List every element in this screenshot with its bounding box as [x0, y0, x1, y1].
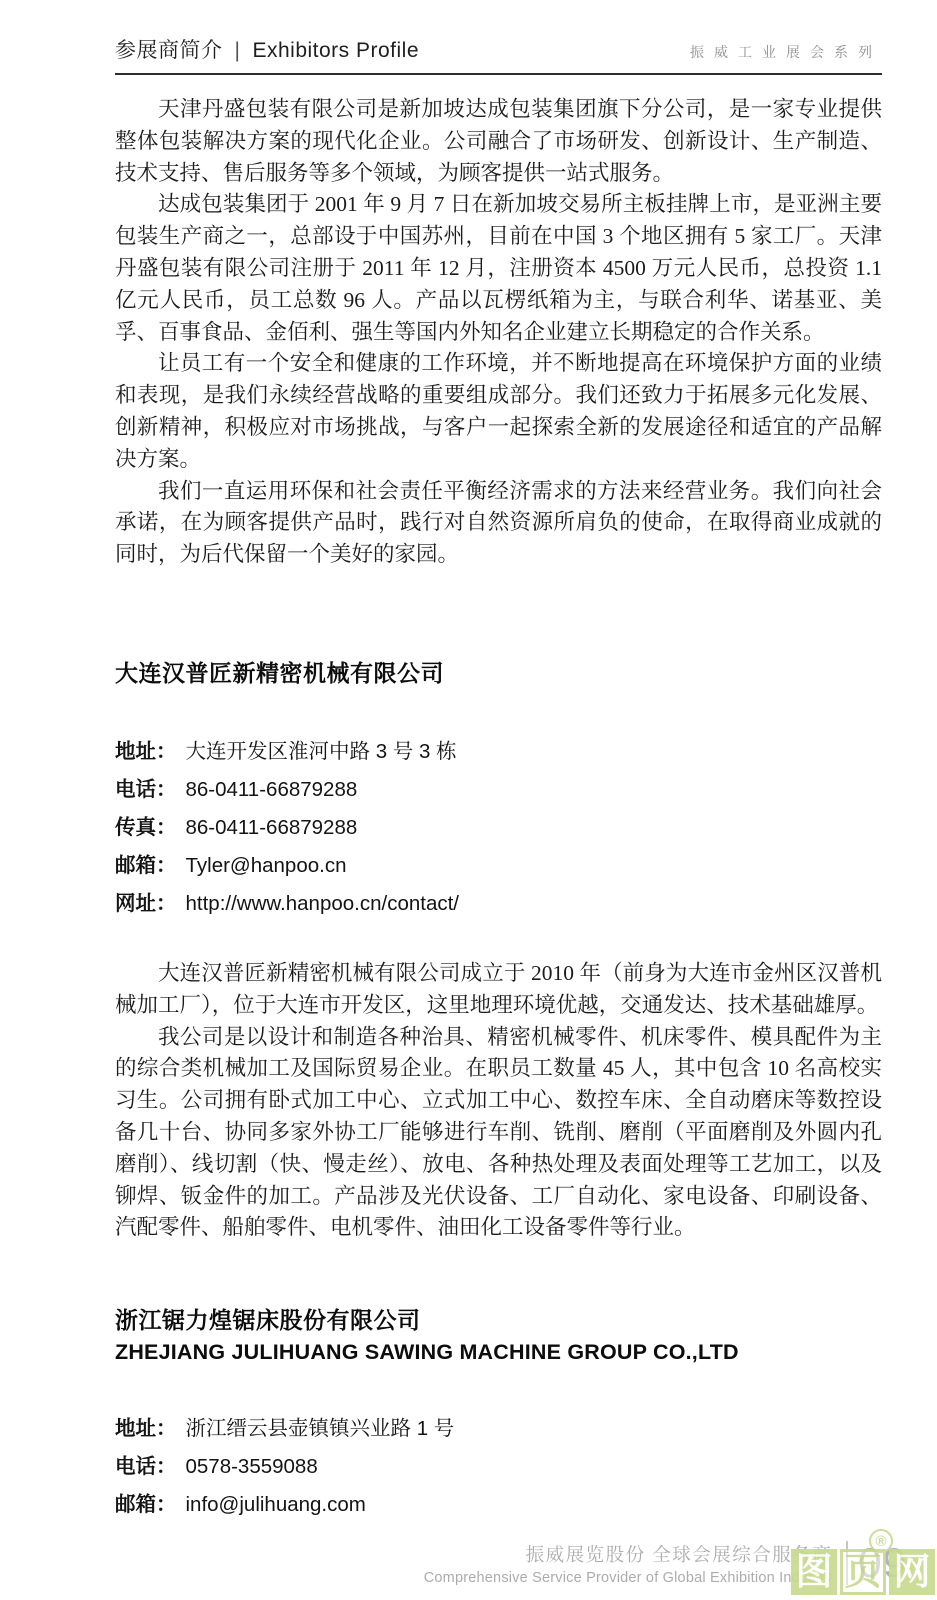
contact-value: Tyler@hanpoo.cn [186, 854, 347, 877]
header-title-en: Exhibitors Profile [252, 39, 419, 62]
watermark-logo: ® 图 页 网 [791, 1549, 935, 1595]
contact-value: 86-0411-66879288 [186, 778, 358, 801]
company-name: 大连汉普匠新精密机械有限公司 [115, 655, 882, 688]
contact-label: 地址： [115, 740, 177, 763]
contact-label: 电话： [115, 778, 177, 801]
footer-slogan-zh: 振威展览股份 全球会展综合服务商 [424, 1541, 833, 1567]
contact-row-fax: 传真：86-0411-66879288 [115, 809, 882, 847]
intro-paragraph: 我们一直运用环保和社会责任平衡经济需求的方法来经营业务。我们向社会承诺，在为顾客… [115, 476, 882, 571]
contact-value: 浙江缙云县壶镇镇兴业路 1 号 [186, 1417, 455, 1440]
contact-row-address: 地址：大连开发区淮河中路 3 号 3 栋 [115, 733, 882, 771]
contact-value: 86-0411-66879288 [186, 816, 358, 839]
page-header: 参展商简介|Exhibitors Profile 振威工业展会系列 [115, 0, 882, 75]
contact-row-address: 地址：浙江缙云县壶镇镇兴业路 1 号 [115, 1410, 882, 1448]
contact-label: 传真： [115, 816, 177, 839]
contact-label: 邮箱： [115, 854, 177, 877]
contact-label: 地址： [115, 1417, 177, 1440]
contact-list: 地址：大连开发区淮河中路 3 号 3 栋 电话：86-0411-66879288… [115, 733, 882, 923]
contact-value: 0578-3559088 [186, 1455, 318, 1478]
contact-value: 大连开发区淮河中路 3 号 3 栋 [186, 740, 457, 763]
intro-paragraph: 达成包装集团于 2001 年 9 月 7 日在新加坡交易所主板挂牌上市，是亚洲主… [115, 189, 882, 348]
company-paragraph: 大连汉普匠新精密机械有限公司成立于 2010 年（前身为大连市金州区汉普机械加工… [115, 958, 882, 1022]
contact-label: 邮箱： [115, 1493, 177, 1516]
header-title-zh: 参展商简介 [115, 39, 223, 62]
footer-slogan: 振威展览股份 全球会展综合服务商 Comprehensive Service P… [424, 1541, 833, 1586]
contact-list: 地址：浙江缙云县壶镇镇兴业路 1 号 电话：0578-3559088 邮箱：in… [115, 1410, 882, 1524]
watermark-char-block: 图 [791, 1549, 837, 1595]
intro-paragraph: 让员工有一个安全和健康的工作环境，并不断地提高在环境保护方面的业绩和表现，是我们… [115, 348, 882, 475]
company-section-julihuang: 浙江锯力煌锯床股份有限公司 ZHEJIANG JULIHUANG SAWING … [115, 1302, 882, 1524]
company-name: 浙江锯力煌锯床股份有限公司 [115, 1302, 882, 1335]
intro-paragraph: 天津丹盛包装有限公司是新加坡达成包装集团旗下分公司，是一家专业提供整体包装解决方… [115, 94, 882, 189]
header-title-divider: | [235, 39, 241, 62]
footer-slogan-en: Comprehensive Service Provider of Global… [424, 1570, 833, 1586]
header-title: 参展商简介|Exhibitors Profile [115, 34, 419, 64]
watermark-char-block: 页 [840, 1549, 886, 1595]
intro-section: 天津丹盛包装有限公司是新加坡达成包装集团旗下分公司，是一家专业提供整体包装解决方… [115, 94, 882, 571]
contact-value: info@julihuang.com [186, 1493, 366, 1516]
contact-row-phone: 电话：86-0411-66879288 [115, 771, 882, 809]
company-paragraph: 我公司是以设计和制造各种治具、精密机械零件、机床零件、模具配件为主的综合类机械加… [115, 1022, 882, 1245]
contact-row-email: 邮箱：Tyler@hanpoo.cn [115, 847, 882, 885]
contact-label: 电话： [115, 1455, 177, 1478]
contact-row-phone: 电话：0578-3559088 [115, 1448, 882, 1486]
contact-row-website: 网址：http://www.hanpoo.cn/contact/ [115, 885, 882, 923]
company-section-dalian-hanpoo: 大连汉普匠新精密机械有限公司 地址：大连开发区淮河中路 3 号 3 栋 电话：8… [115, 655, 882, 1244]
registered-trademark-icon: ® [869, 1529, 893, 1553]
contact-label: 网址： [115, 892, 177, 915]
document-page: 参展商简介|Exhibitors Profile 振威工业展会系列 天津丹盛包装… [0, 0, 937, 1600]
contact-value: http://www.hanpoo.cn/contact/ [186, 892, 460, 915]
company-description: 大连汉普匠新精密机械有限公司成立于 2010 年（前身为大连市金州区汉普机械加工… [115, 958, 882, 1244]
watermark-char-block: 网 [889, 1549, 935, 1595]
page-content: 天津丹盛包装有限公司是新加坡达成包装集团旗下分公司，是一家专业提供整体包装解决方… [115, 71, 882, 1524]
contact-row-email: 邮箱：info@julihuang.com [115, 1486, 882, 1524]
header-series-label: 振威工业展会系列 [690, 42, 882, 62]
company-name-english: ZHEJIANG JULIHUANG SAWING MACHINE GROUP … [115, 1340, 882, 1365]
